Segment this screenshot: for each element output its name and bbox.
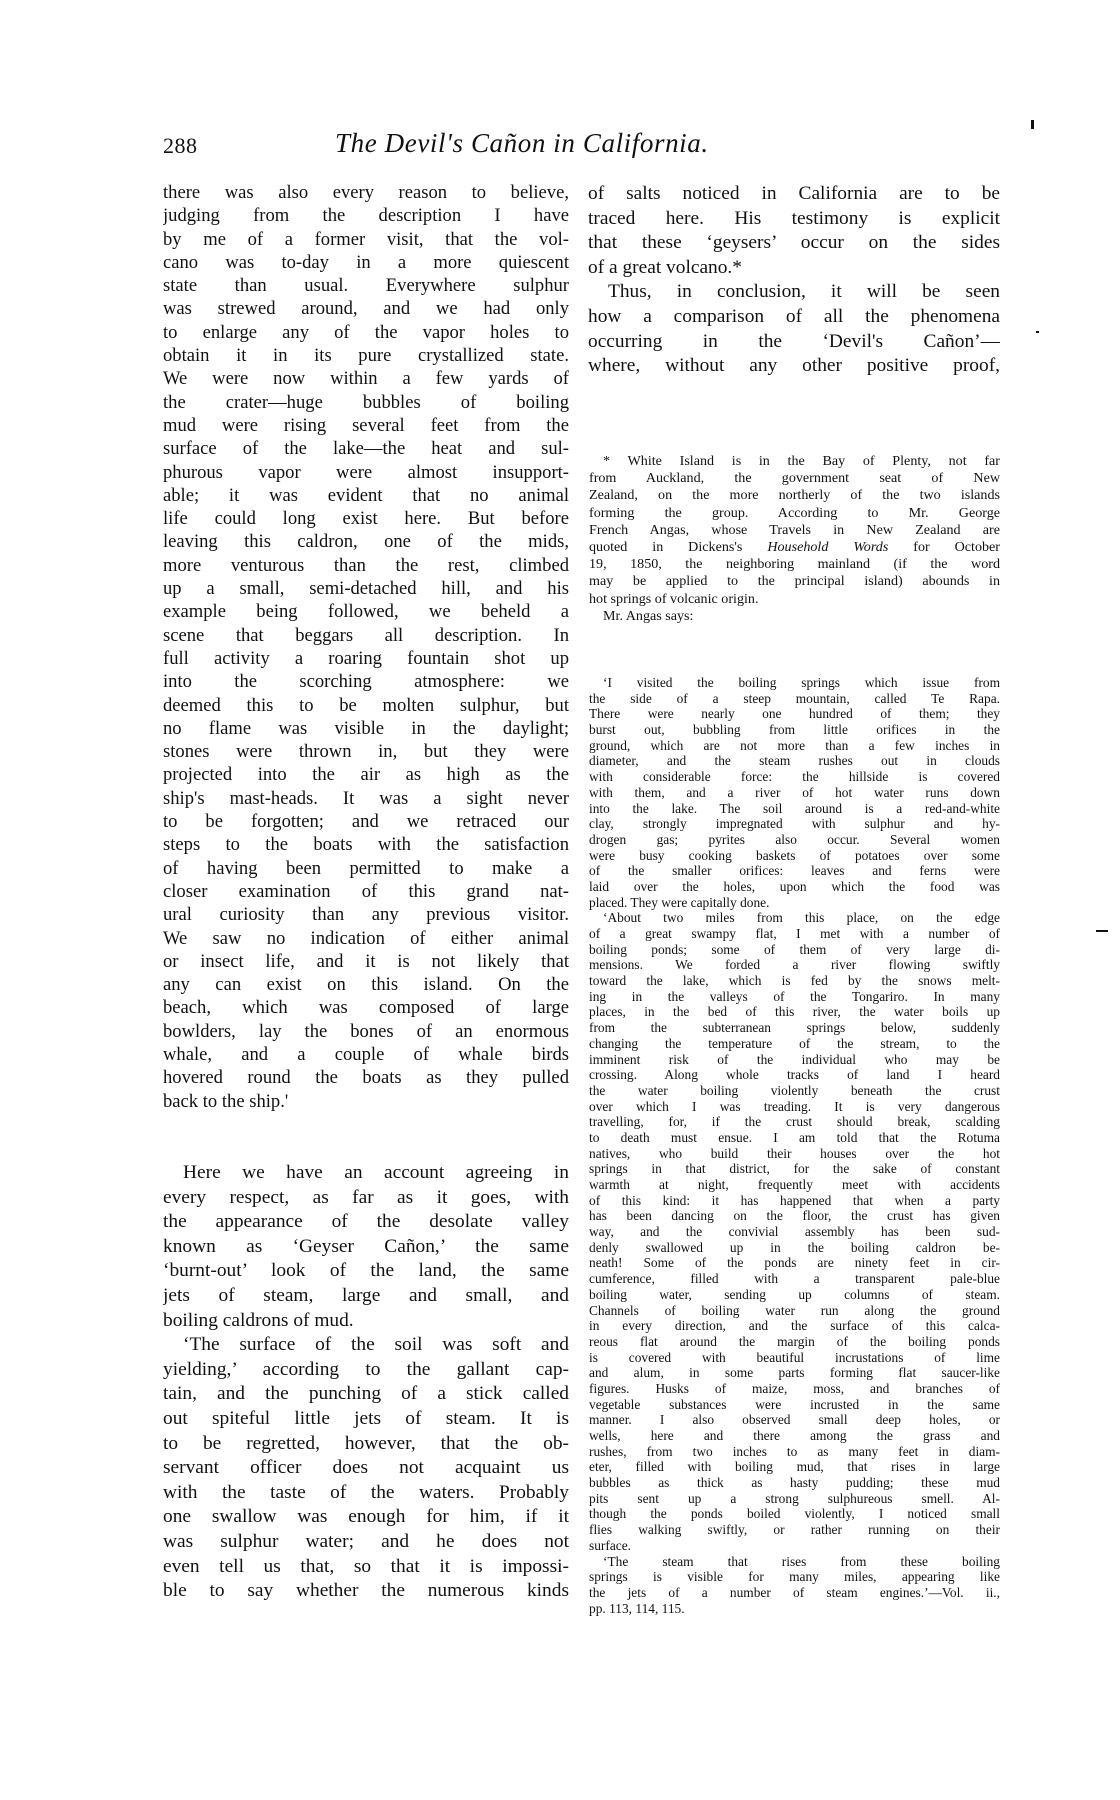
quote-line: ‘I visited the boiling springs which iss… bbox=[589, 675, 1000, 691]
quote-line: boiling ponds; some of them of very larg… bbox=[589, 942, 1000, 958]
text-line: out spiteful little jets of steam. It is bbox=[163, 1407, 569, 1432]
quote-line: into the lake. The soil around is a red-… bbox=[589, 801, 1000, 817]
text-line: surface of the lake—the heat and sul- bbox=[163, 437, 569, 460]
text-line: phurous vapor were almost insupport- bbox=[163, 461, 569, 484]
text-line: of having been permitted to make a bbox=[163, 857, 569, 880]
quote-line: ground, which are not more than a few in… bbox=[589, 738, 1000, 754]
text-line: or insect life, and it is not likely tha… bbox=[163, 950, 569, 973]
footnote-line: * White Island is in the Bay of Plenty, … bbox=[589, 453, 1000, 470]
quote-line: flies walking swiftly, or rather running… bbox=[589, 1522, 1000, 1538]
footnote-line: French Angas, whose Travels in New Zeala… bbox=[589, 522, 1000, 539]
text-line: where, without any other positive proof, bbox=[588, 354, 1000, 379]
quote-line: boiling water, sending up columns of ste… bbox=[589, 1287, 1000, 1303]
book-page: 288 The Devil's Cañon in California. the… bbox=[0, 0, 1120, 1800]
quote-line: the side of a steep mountain, called Te … bbox=[589, 691, 1000, 707]
footnote-text: for October bbox=[913, 539, 1000, 555]
text-line: into the scorching atmosphere: we bbox=[163, 670, 569, 693]
quote-line: of a great swampy flat, I met with a num… bbox=[589, 926, 1000, 942]
left-column-commentary: Here we have an account agreeing in ever… bbox=[163, 1161, 569, 1604]
quote-line: way, and the convivial assembly has been… bbox=[589, 1224, 1000, 1240]
quote-line: from the subterranean springs below, sud… bbox=[589, 1020, 1000, 1036]
quote-line: of the smaller orifices: leaves and fern… bbox=[589, 863, 1000, 879]
text-line: more venturous than the rest, climbed bbox=[163, 554, 569, 577]
publication-title: Household Words bbox=[767, 539, 888, 555]
text-line: how a comparison of all the phenomena bbox=[588, 305, 1000, 330]
quote-line: natives, who build their houses over the… bbox=[589, 1146, 1000, 1162]
quote-line: toward the lake, which is fed by the sno… bbox=[589, 973, 1000, 989]
footnote-line: forming the group. According to Mr. Geor… bbox=[589, 505, 1000, 522]
text-line: yielding,’ according to the gallant cap- bbox=[163, 1358, 569, 1383]
text-line: projected into the air as high as the bbox=[163, 763, 569, 786]
text-line: beach, which was composed of large bbox=[163, 996, 569, 1019]
text-line: able; it was evident that no animal bbox=[163, 484, 569, 507]
text-line: by me of a former visit, that the vol- bbox=[163, 228, 569, 251]
text-line: We were now within a few yards of bbox=[163, 367, 569, 390]
quote-line: rushes, from two inches to as many feet … bbox=[589, 1444, 1000, 1460]
text-line: any can exist on this island. On the bbox=[163, 973, 569, 996]
text-line: whale, and a couple of whale birds bbox=[163, 1043, 569, 1066]
text-line: that these ‘geysers’ occur on the sides bbox=[588, 231, 1000, 256]
text-line: judging from the description I have bbox=[163, 204, 569, 227]
footnote-line: hot springs of volcanic origin. bbox=[589, 591, 1000, 608]
quote-line: vegetable substances were incrusted in t… bbox=[589, 1397, 1000, 1413]
text-line: the crater—huge bubbles of boiling bbox=[163, 391, 569, 414]
text-line: one swallow was enough for him, if it bbox=[163, 1505, 569, 1530]
quote-line: laid over the holes, upon which the food… bbox=[589, 879, 1000, 895]
quote-line: manner. I also observed small deep holes… bbox=[589, 1412, 1000, 1428]
text-line: servant officer does not acquaint us bbox=[163, 1456, 569, 1481]
scan-artifact-mark bbox=[1036, 331, 1039, 333]
text-line: to be forgotten; and we retraced our bbox=[163, 810, 569, 833]
text-line: state than usual. Everywhere sulphur bbox=[163, 274, 569, 297]
footnote-line: 19, 1850, the neighboring mainland (if t… bbox=[589, 556, 1000, 573]
footnote-line: Mr. Angas says: bbox=[589, 608, 1000, 625]
quote-line: clay, strongly impregnated with sulphur … bbox=[589, 816, 1000, 832]
text-line: back to the ship.' bbox=[163, 1090, 569, 1113]
text-line: jets of steam, large and small, and bbox=[163, 1284, 569, 1309]
quote-line: were busy cooking baskets of potatoes ov… bbox=[589, 848, 1000, 864]
text-line: cano was to-day in a more quiescent bbox=[163, 251, 569, 274]
text-line: to be regretted, however, that the ob- bbox=[163, 1432, 569, 1457]
text-line: deemed this to be molten sulphur, but bbox=[163, 694, 569, 717]
quote-line: of this kind: it has happened that when … bbox=[589, 1193, 1000, 1209]
quote-line: travelling, for, if the crust should bre… bbox=[589, 1114, 1000, 1130]
footnote-line: from Auckland, the government seat of Ne… bbox=[589, 470, 1000, 487]
footnote-line: may be applied to the principal island) … bbox=[589, 573, 1000, 590]
quote-line: cumference, filled with a transparent pa… bbox=[589, 1271, 1000, 1287]
quote-line: ‘The steam that rises from these boiling bbox=[589, 1554, 1000, 1570]
quote-line: is covered with beautiful incrustations … bbox=[589, 1350, 1000, 1366]
footnote-line: Zealand, on the more northerly of the tw… bbox=[589, 487, 1000, 504]
quote-line: wells, here and there among the grass an… bbox=[589, 1428, 1000, 1444]
quote-line: the jets of a number of steam engines.’—… bbox=[589, 1585, 1000, 1601]
text-line: closer examination of this grand nat- bbox=[163, 880, 569, 903]
text-line: hovered round the boats as they pulled bbox=[163, 1066, 569, 1089]
text-line: example being followed, we beheld a bbox=[163, 600, 569, 623]
quote-line: warmth at night, frequently meet with ac… bbox=[589, 1177, 1000, 1193]
quote-line: springs in that district, for the sake o… bbox=[589, 1161, 1000, 1177]
quote-line: eter, filled with boiling mud, that rise… bbox=[589, 1459, 1000, 1475]
text-line: tain, and the punching of a stick called bbox=[163, 1382, 569, 1407]
text-line: every respect, as far as it goes, with bbox=[163, 1186, 569, 1211]
text-line: traced here. His testimony is explicit bbox=[588, 207, 1000, 232]
text-line: there was also every reason to believe, bbox=[163, 181, 569, 204]
text-line: steps to the boats with the satisfaction bbox=[163, 833, 569, 856]
quote-line: mensions. We forded a river flowing swif… bbox=[589, 957, 1000, 973]
footnote: * White Island is in the Bay of Plenty, … bbox=[589, 453, 1000, 625]
text-line: life could long exist here. But before bbox=[163, 507, 569, 530]
quote-line: Channels of boiling water run along the … bbox=[589, 1303, 1000, 1319]
quote-line: crossing. Along whole tracks of land I h… bbox=[589, 1067, 1000, 1083]
quote-line: with considerable force: the hillside is… bbox=[589, 769, 1000, 785]
quote-line: ‘About two miles from this place, on the… bbox=[589, 910, 1000, 926]
text-line: boiling caldrons of mud. bbox=[163, 1309, 569, 1334]
quote-line: figures. Husks of maize, moss, and branc… bbox=[589, 1381, 1000, 1397]
text-line: obtain it in its pure crystallized state… bbox=[163, 344, 569, 367]
text-line: was strewed around, and we had only bbox=[163, 297, 569, 320]
text-line: stones were thrown in, but they were bbox=[163, 740, 569, 763]
text-line: ble to say whether the numerous kinds bbox=[163, 1579, 569, 1604]
quote-line: though the ponds boiled violently, I not… bbox=[589, 1506, 1000, 1522]
quote-line: reous flat around the margin of the boil… bbox=[589, 1334, 1000, 1350]
text-line: even tell us that, so that it is impossi… bbox=[163, 1555, 569, 1580]
scan-artifact-mark bbox=[1031, 120, 1034, 129]
quote-line: burst out, bubbling from little orifices… bbox=[589, 722, 1000, 738]
text-line: occurring in the ‘Devil's Cañon’— bbox=[588, 330, 1000, 355]
text-line: no flame was visible in the daylight; bbox=[163, 717, 569, 740]
text-line: bowlders, lay the bones of an enormous bbox=[163, 1020, 569, 1043]
quote-line: diameter, and the steam rushes out in cl… bbox=[589, 753, 1000, 769]
quote-line: the water boiling violently beneath the … bbox=[589, 1083, 1000, 1099]
text-line: ‘burnt-out’ look of the land, the same bbox=[163, 1259, 569, 1284]
text-line: Here we have an account agreeing in bbox=[163, 1161, 569, 1186]
footnote-text: quoted in Dickens's bbox=[589, 539, 742, 555]
quote-line: with them, and a river of hot water runs… bbox=[589, 785, 1000, 801]
text-line: the appearance of the desolate valley bbox=[163, 1210, 569, 1235]
text-line: up a small, semi-detached hill, and his bbox=[163, 577, 569, 600]
page-number: 288 bbox=[163, 133, 198, 159]
text-line: scene that beggars all description. In bbox=[163, 624, 569, 647]
quote-line: in every direction, and the surface of t… bbox=[589, 1318, 1000, 1334]
quote-line: ing in the valleys of the Tongariro. In … bbox=[589, 989, 1000, 1005]
text-line: Thus, in conclusion, it will be seen bbox=[588, 280, 1000, 305]
text-line: ural curiosity than any previous visitor… bbox=[163, 903, 569, 926]
text-line: leaving this caldron, one of the mids, bbox=[163, 530, 569, 553]
footnote-line-with-title: quoted in Dickens's Household Words for … bbox=[589, 539, 1000, 556]
text-line: ‘The surface of the soil was soft and bbox=[163, 1333, 569, 1358]
left-column-quoted-narrative: there was also every reason to believe, … bbox=[163, 181, 569, 1113]
quote-line: placed. They were capitally done. bbox=[589, 895, 1000, 911]
text-line: known as ‘Geyser Cañon,’ the same bbox=[163, 1235, 569, 1260]
quote-line: pp. 113, 114, 115. bbox=[589, 1601, 1000, 1617]
text-line: full activity a roaring fountain shot up bbox=[163, 647, 569, 670]
quote-line: has been dancing on the floor, the crust… bbox=[589, 1208, 1000, 1224]
quote-line: surface. bbox=[589, 1538, 1000, 1554]
quote-line: There were nearly one hundred of them; t… bbox=[589, 706, 1000, 722]
footnote-quotation: ‘I visited the boiling springs which iss… bbox=[589, 675, 1000, 1616]
text-line: with the taste of the waters. Probably bbox=[163, 1481, 569, 1506]
quote-line: imminent risk of the individual who may … bbox=[589, 1052, 1000, 1068]
quote-line: denly swallowed up in the boiling caldro… bbox=[589, 1240, 1000, 1256]
quote-line: springs is visible for many miles, appea… bbox=[589, 1569, 1000, 1585]
quote-line: and alum, in some parts forming flat sau… bbox=[589, 1365, 1000, 1381]
right-column-body: of salts noticed in California are to be… bbox=[588, 182, 1000, 379]
quote-line: pits sent up a strong sulphureous smell.… bbox=[589, 1491, 1000, 1507]
scan-artifact-mark bbox=[1096, 930, 1108, 932]
text-line: of a great volcano.* bbox=[588, 256, 1000, 281]
quote-line: to death must ensue. I am told that the … bbox=[589, 1130, 1000, 1146]
text-line: mud were rising several feet from the bbox=[163, 414, 569, 437]
text-line: of salts noticed in California are to be bbox=[588, 182, 1000, 207]
quote-line: over which I was treading. It is very da… bbox=[589, 1099, 1000, 1115]
text-line: was sulphur water; and he does not bbox=[163, 1530, 569, 1555]
text-line: We saw no indication of either animal bbox=[163, 927, 569, 950]
quote-line: places, in the bed of this river, the wa… bbox=[589, 1004, 1000, 1020]
text-line: to enlarge any of the vapor holes to bbox=[163, 321, 569, 344]
quote-line: drogen gas; pyrites also occur. Several … bbox=[589, 832, 1000, 848]
quote-line: bubbles as thick as hasty pudding; these… bbox=[589, 1475, 1000, 1491]
quote-line: neath! Some of the ponds are ninety feet… bbox=[589, 1255, 1000, 1271]
quote-line: changing the temperature of the stream, … bbox=[589, 1036, 1000, 1052]
running-title: The Devil's Cañon in California. bbox=[335, 128, 709, 159]
text-line: ship's mast-heads. It was a sight never bbox=[163, 787, 569, 810]
